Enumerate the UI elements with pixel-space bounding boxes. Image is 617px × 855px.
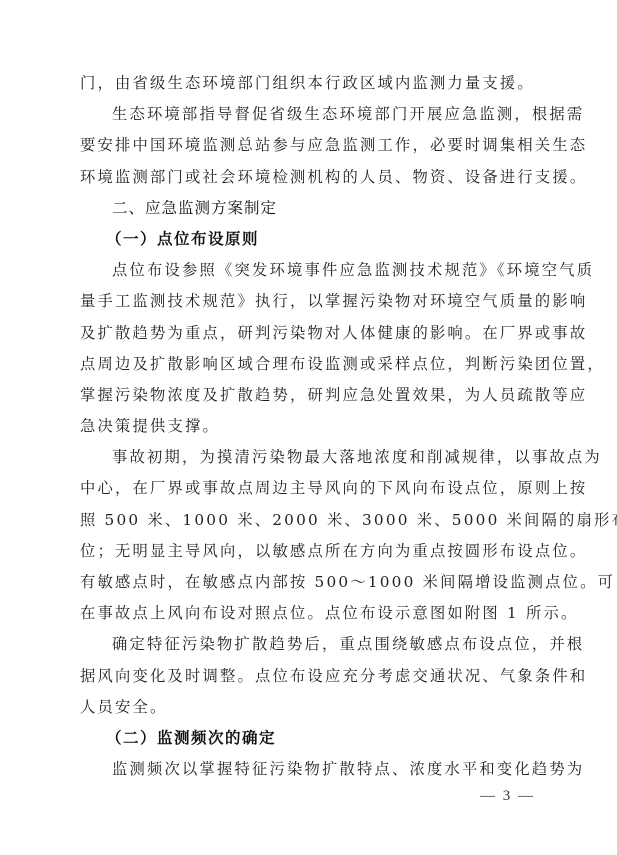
paragraph-line: 监测频次以掌握特征污染物扩散特点、浓度水平和变化趋势为 — [80, 754, 540, 785]
paragraph-line: 人员安全。 — [80, 692, 540, 723]
paragraph-line: 在事故点上风向布设对照点位。点位布设示意图如附图 1 所示。 — [80, 598, 540, 629]
paragraph-line: 中心，在厂界或事故点周边主导风向的下风向布设点位，原则上按 — [80, 473, 540, 504]
paragraph-line: 据风向变化及时调整。点位布设应充分考虑交通状况、气象条件和 — [80, 661, 540, 692]
paragraph-line: 点位布设参照《突发环境事件应急监测技术规范》《环境空气质 — [80, 255, 540, 286]
paragraph-line: 急决策提供支撑。 — [80, 411, 540, 442]
paragraph-line: 掌握污染物浓度及扩散趋势，研判应急处置效果，为人员疏散等应 — [80, 380, 540, 411]
paragraph-line: 照 500 米、1000 米、2000 米、3000 米、5000 米间隔的扇形… — [80, 505, 540, 536]
paragraph-line: 确定特征污染物扩散趋势后，重点围绕敏感点布设点位，并根 — [80, 629, 540, 660]
paragraph-line: 门，由省级生态环境部门组织本行政区域内监测力量支援。 — [80, 68, 540, 99]
paragraph-line: 位；无明显主导风向，以敏感点所在方向为重点按圆形布设点位。 — [80, 536, 540, 567]
paragraph-line: 及扩散趋势为重点，研判污染物对人体健康的影响。在厂界或事故 — [80, 318, 540, 349]
paragraph-line: 量手工监测技术规范》执行，以掌握污染物对环境空气质量的影响 — [80, 286, 540, 317]
page-number: — 3 — — [480, 788, 535, 805]
section-heading: 二、应急监测方案制定 — [80, 193, 540, 224]
paragraph-line: 事故初期，为摸清污染物最大落地浓度和削减规律，以事故点为 — [80, 442, 540, 473]
subsection-heading: （一）点位布设原则 — [80, 224, 540, 255]
paragraph-line: 点周边及扩散影响区域合理布设监测或采样点位，判断污染团位置， — [80, 349, 540, 380]
subsection-heading: （二）监测频次的确定 — [80, 723, 540, 754]
paragraph-line: 环境监测部门或社会环境检测机构的人员、物资、设备进行支援。 — [80, 162, 540, 193]
paragraph-line: 有敏感点时，在敏感点内部按 500～1000 米间隔增设监测点位。可 — [80, 567, 540, 598]
document-page: 门，由省级生态环境部门组织本行政区域内监测力量支援。 生态环境部指导督促省级生态… — [80, 68, 540, 785]
paragraph-line: 要安排中国环境监测总站参与应急监测工作，必要时调集相关生态 — [80, 130, 540, 161]
paragraph-line: 生态环境部指导督促省级生态环境部门开展应急监测，根据需 — [80, 99, 540, 130]
